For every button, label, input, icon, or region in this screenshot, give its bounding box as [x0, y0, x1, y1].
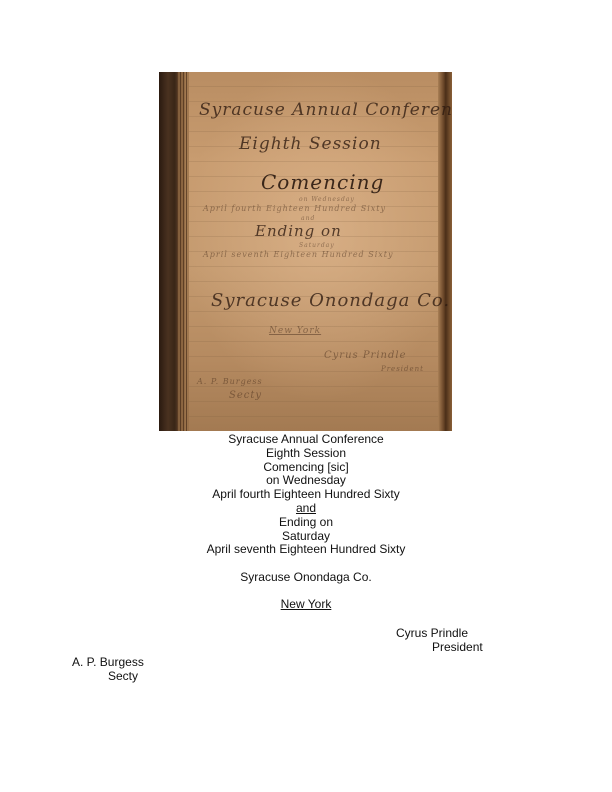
script-line-april-seventh: April seventh Eighteen Hundred Sixty	[203, 250, 394, 259]
president-name: Cyrus Prindle	[396, 626, 468, 640]
script-line-secretary-name: A. P. Burgess	[197, 377, 263, 386]
transcription-block: Syracuse Annual Conference Eighth Sessio…	[0, 433, 612, 557]
script-line-secretary-title: Secty	[229, 390, 262, 401]
state-block: New York	[0, 598, 612, 612]
script-line-president-name: Cyrus Prindle	[324, 350, 407, 361]
transcription-and: and	[296, 501, 316, 515]
script-line-and: and	[301, 215, 315, 222]
transcription-start-date: April fourth Eighteen Hundred Sixty	[0, 488, 612, 502]
script-line-comencing: Comencing	[261, 170, 384, 194]
location-block: Syracuse Onondaga Co.	[0, 571, 612, 585]
script-line-ending: Ending on	[255, 222, 342, 240]
transcription-end-day: Saturday	[0, 530, 612, 544]
location-text: Syracuse Onondaga Co.	[0, 571, 612, 585]
transcription-session: Eighth Session	[0, 447, 612, 461]
ledger-photograph: Syracuse Annual Conference Eighth Sessio…	[159, 72, 452, 431]
script-line-location: Syracuse Onondaga Co.	[211, 290, 450, 311]
script-line-saturday: Saturday	[299, 242, 335, 249]
script-line-session: Eighth Session	[239, 134, 382, 154]
president-title: President	[432, 640, 483, 654]
transcription-comencing: Comencing [sic]	[0, 461, 612, 475]
script-line-president-title: President	[381, 365, 424, 373]
book-right-edge	[438, 72, 452, 431]
script-line-state: New York	[269, 326, 321, 336]
page-edges	[177, 72, 189, 431]
script-line-april-fourth: April fourth Eighteen Hundred Sixty	[203, 204, 386, 213]
state-text: New York	[281, 597, 332, 611]
script-line-wednesday: on Wednesday	[299, 196, 355, 203]
transcription-ending: Ending on	[0, 516, 612, 530]
script-line-title: Syracuse Annual Conference	[199, 100, 452, 120]
secretary-title: Secty	[108, 669, 138, 683]
transcription-end-date: April seventh Eighteen Hundred Sixty	[0, 543, 612, 557]
transcription-title: Syracuse Annual Conference	[0, 433, 612, 447]
secretary-name: A. P. Burgess	[72, 655, 144, 669]
transcription-start-day: on Wednesday	[0, 474, 612, 488]
